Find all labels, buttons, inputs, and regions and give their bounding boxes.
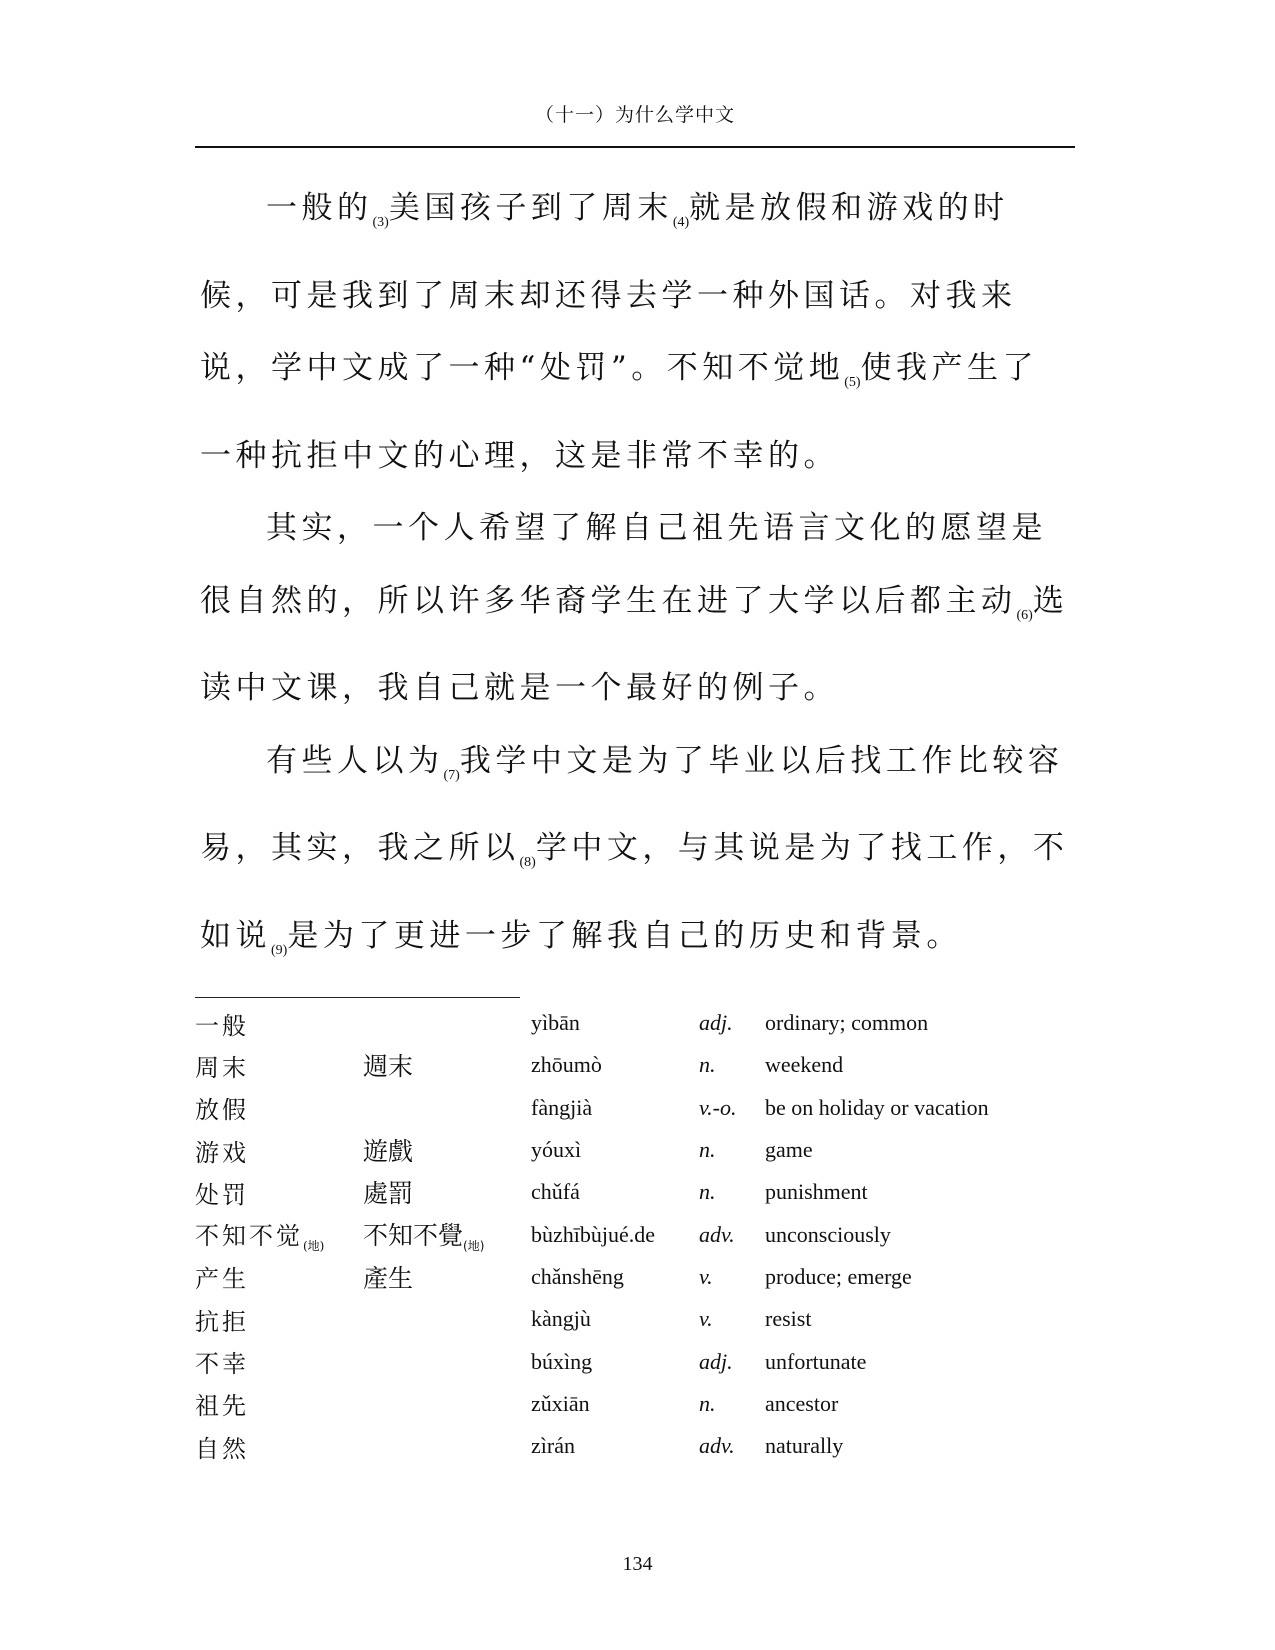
part-of-speech: n. xyxy=(699,1391,716,1416)
definition: resist xyxy=(765,1306,811,1331)
vocab-row: 游戏遊戲yóuxìn.game xyxy=(195,1129,1075,1171)
definition: ordinary; common xyxy=(765,1010,928,1035)
footnote-marker: (6) xyxy=(1017,608,1033,623)
simplified-word: 自然 xyxy=(195,1435,249,1463)
simplified-word: 不知不觉 xyxy=(195,1222,303,1250)
vocab-row: 产生產生chǎnshēngv.produce; emerge xyxy=(195,1256,1075,1298)
footnote-marker: (7) xyxy=(444,768,460,783)
text-segment: 其实，一个人希望了解自己祖先语言文化的愿望是很自然的，所以许多华裔学生在进了大学… xyxy=(200,510,1047,619)
pinyin: chǔfá xyxy=(531,1179,580,1204)
header-rule xyxy=(195,146,1075,148)
running-header: （十一）为什么学中文 xyxy=(195,100,1075,127)
footnote-marker: (9) xyxy=(271,943,287,958)
particle-note: (地) xyxy=(463,1239,484,1253)
footnote-marker: (8) xyxy=(520,855,536,870)
definition: unfortunate xyxy=(765,1349,866,1374)
footnote-marker: (5) xyxy=(844,375,860,390)
text-segment: 有些人以为 xyxy=(266,743,444,779)
part-of-speech: v. xyxy=(699,1306,713,1331)
traditional-word: 產生 xyxy=(363,1264,413,1293)
vocab-row: 不幸búxìngadj.unfortunate xyxy=(195,1340,1075,1382)
part-of-speech: adj. xyxy=(699,1010,733,1035)
simplified-word: 一般 xyxy=(195,1012,249,1040)
part-of-speech: n. xyxy=(699,1137,716,1162)
page-number: 134 xyxy=(0,1553,1275,1576)
traditional-word: 處罰 xyxy=(363,1179,413,1208)
paragraph: 有些人以为(7)我学中文是为了毕业以后找工作比较容易，其实，我之所以(8)学中文… xyxy=(200,725,1070,988)
simplified-word: 祖先 xyxy=(195,1392,249,1420)
definition: unconsciously xyxy=(765,1222,891,1247)
part-of-speech: adv. xyxy=(699,1433,735,1458)
pinyin: zǔxiān xyxy=(531,1391,590,1416)
definition: game xyxy=(765,1137,813,1162)
vocab-row: 放假fàngjiàv.-o.be on holiday or vacation xyxy=(195,1087,1075,1129)
part-of-speech: adj. xyxy=(699,1349,733,1374)
text-segment: 美国孩子到了周末 xyxy=(389,190,673,226)
vocab-row: 周末週末zhōumòn.weekend xyxy=(195,1044,1075,1086)
pinyin: yóuxì xyxy=(531,1137,581,1162)
traditional-word: 週末 xyxy=(363,1052,413,1081)
paragraph: 其实，一个人希望了解自己祖先语言文化的愿望是很自然的，所以许多华裔学生在进了大学… xyxy=(200,492,1070,725)
vocab-row: 不知不觉(地)不知不覺(地)bùzhībùjué.deadv.unconscio… xyxy=(195,1213,1075,1255)
vocab-row: 祖先zǔxiānn.ancestor xyxy=(195,1383,1075,1425)
vocab-row: 自然zìránadv.naturally xyxy=(195,1425,1075,1467)
vocabulary-table: 一般yìbānadj.ordinary; common周末週末zhōumòn.w… xyxy=(195,1002,1075,1467)
footnote-rule xyxy=(195,997,520,998)
definition: naturally xyxy=(765,1433,843,1458)
traditional-word: 不知不覺 xyxy=(363,1221,463,1250)
pinyin: kàngjù xyxy=(531,1306,591,1331)
text-segment: 一般的 xyxy=(266,190,373,226)
pinyin: yìbān xyxy=(531,1010,580,1035)
paragraph: 一般的(3)美国孩子到了周末(4)就是放假和游戏的时候，可是我到了周末却还得去学… xyxy=(200,172,1070,492)
definition: punishment xyxy=(765,1179,868,1204)
vocab-row: 处罚處罰chǔfán.punishment xyxy=(195,1171,1075,1213)
simplified-word: 不幸 xyxy=(195,1350,249,1378)
text-segment: 是为了更进一步了解我自己的历史和背景。 xyxy=(287,918,962,954)
footnote-marker: (4) xyxy=(673,215,689,230)
traditional-word: 遊戲 xyxy=(363,1137,413,1166)
part-of-speech: adv. xyxy=(699,1222,735,1247)
simplified-word: 处罚 xyxy=(195,1181,249,1209)
pinyin: búxìng xyxy=(531,1349,592,1374)
definition: weekend xyxy=(765,1052,843,1077)
simplified-word: 产生 xyxy=(195,1265,249,1293)
definition: produce; emerge xyxy=(765,1264,912,1289)
vocab-row: 抗拒kàngjùv.resist xyxy=(195,1298,1075,1340)
pinyin: zìrán xyxy=(531,1433,575,1458)
simplified-word: 周末 xyxy=(195,1054,249,1082)
pinyin: zhōumò xyxy=(531,1052,602,1077)
part-of-speech: v.-o. xyxy=(699,1095,736,1120)
lesson-text: 一般的(3)美国孩子到了周末(4)就是放假和游戏的时候，可是我到了周末却还得去学… xyxy=(200,172,1070,987)
simplified-word: 游戏 xyxy=(195,1139,249,1167)
definition: be on holiday or vacation xyxy=(765,1095,989,1120)
particle-note: (地) xyxy=(303,1239,324,1253)
part-of-speech: n. xyxy=(699,1179,716,1204)
pinyin: chǎnshēng xyxy=(531,1264,624,1289)
vocab-row: 一般yìbānadj.ordinary; common xyxy=(195,1002,1075,1044)
part-of-speech: n. xyxy=(699,1052,716,1077)
pinyin: fàngjià xyxy=(531,1095,592,1120)
definition: ancestor xyxy=(765,1391,838,1416)
pinyin: bùzhībùjué.de xyxy=(531,1222,655,1247)
footnote-marker: (3) xyxy=(373,215,389,230)
simplified-word: 放假 xyxy=(195,1096,249,1124)
simplified-word: 抗拒 xyxy=(195,1308,249,1336)
part-of-speech: v. xyxy=(699,1264,713,1289)
